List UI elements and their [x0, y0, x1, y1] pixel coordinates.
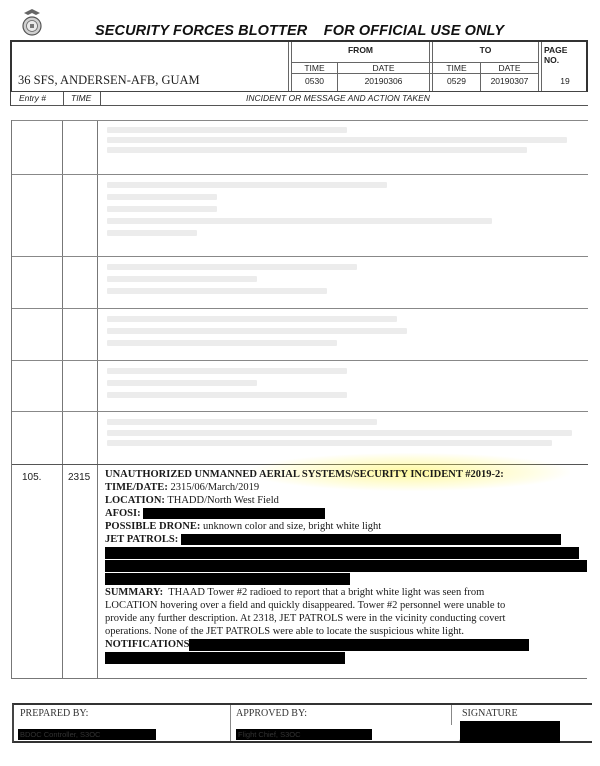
redaction-bar	[143, 508, 325, 519]
summary-line: operations. None of the JET PATROLS were…	[105, 625, 580, 638]
to-date: 20190307	[481, 76, 538, 86]
location-value: THADD/North West Field	[167, 495, 279, 506]
redacted-entry	[12, 360, 588, 361]
approved-by-role: Flight Chief, S3OC	[238, 730, 301, 739]
redacted-entry	[12, 308, 588, 309]
to-date-label: DATE	[481, 63, 538, 73]
prepared-by-role: BDOC Controller, S3OC	[20, 730, 100, 739]
security-forces-shield-icon	[20, 6, 44, 38]
col-entry: Entry #	[19, 93, 46, 103]
unit-name: 36 SFS, ANDERSEN-AFB, GUAM	[18, 73, 200, 88]
summary-line: LOCATION hovering over a field and quick…	[105, 599, 580, 612]
signature-block: PREPARED BY: BDOC Controller, S3OC APPRO…	[12, 703, 592, 743]
jet-patrols-label: JET PATROLS:	[105, 534, 178, 545]
location-label: LOCATION:	[105, 495, 165, 506]
redacted-entry	[12, 411, 588, 412]
entry-number: 105.	[22, 472, 62, 483]
from-date: 20190306	[338, 76, 429, 86]
from-label: FROM	[292, 45, 429, 55]
prepared-by-label: PREPARED BY:	[20, 708, 88, 719]
page-number: 19	[542, 76, 588, 86]
to-time: 0529	[433, 76, 480, 86]
to-label: TO	[433, 45, 538, 55]
entry-time: 2315	[68, 472, 98, 483]
possible-drone-value: unknown color and size, bright white lig…	[203, 521, 381, 532]
summary-line: THAAD Tower #2 radioed to report that a …	[168, 587, 484, 598]
time-date-label: TIME/DATE:	[105, 482, 168, 493]
approved-by-label: APPROVED BY:	[236, 708, 307, 719]
time-date-value: 2315/06/March/2019	[170, 482, 259, 493]
from-date-label: DATE	[338, 63, 429, 73]
redaction-bar	[105, 573, 350, 585]
redaction-bar	[105, 560, 587, 572]
summary-line: provide any further description. At 2318…	[105, 612, 580, 625]
redaction-bar	[105, 652, 345, 664]
redaction-bar	[105, 547, 579, 559]
page-no-label: PAGE NO.	[544, 45, 584, 65]
incident-heading: UNAUTHORIZED UNMANNED AERIAL SYSTEMS/SEC…	[105, 469, 504, 480]
notifications-label: NOTIFICATIONS	[105, 639, 189, 650]
blotter-header: 36 SFS, ANDERSEN-AFB, GUAM FROM TO PAGE …	[10, 40, 588, 92]
col-time: TIME	[71, 93, 91, 103]
summary-label: SUMMARY:	[105, 587, 163, 598]
to-time-label: TIME	[433, 63, 480, 73]
from-time: 0530	[292, 76, 337, 86]
redacted-entry	[12, 120, 588, 121]
redaction-bar	[460, 721, 560, 743]
document-title: SECURITY FORCES BLOTTER FOR OFFICIAL USE…	[95, 23, 515, 39]
redacted-entry	[12, 256, 588, 257]
col-incident: INCIDENT OR MESSAGE AND ACTION TAKEN	[246, 93, 430, 103]
incident-summary: SUMMARY: THAAD Tower #2 radioed to repor…	[105, 586, 580, 664]
redaction-bar	[181, 534, 561, 545]
redacted-entry	[12, 174, 588, 175]
from-time-label: TIME	[292, 63, 337, 73]
possible-drone-label: POSSIBLE DRONE:	[105, 521, 200, 532]
column-headers: Entry # TIME INCIDENT OR MESSAGE AND ACT…	[10, 92, 588, 106]
afosi-label: AFOSI:	[105, 508, 141, 519]
redaction-bar	[189, 639, 529, 651]
incident-details: UNAUTHORIZED UNMANNED AERIAL SYSTEMS/SEC…	[105, 468, 585, 585]
